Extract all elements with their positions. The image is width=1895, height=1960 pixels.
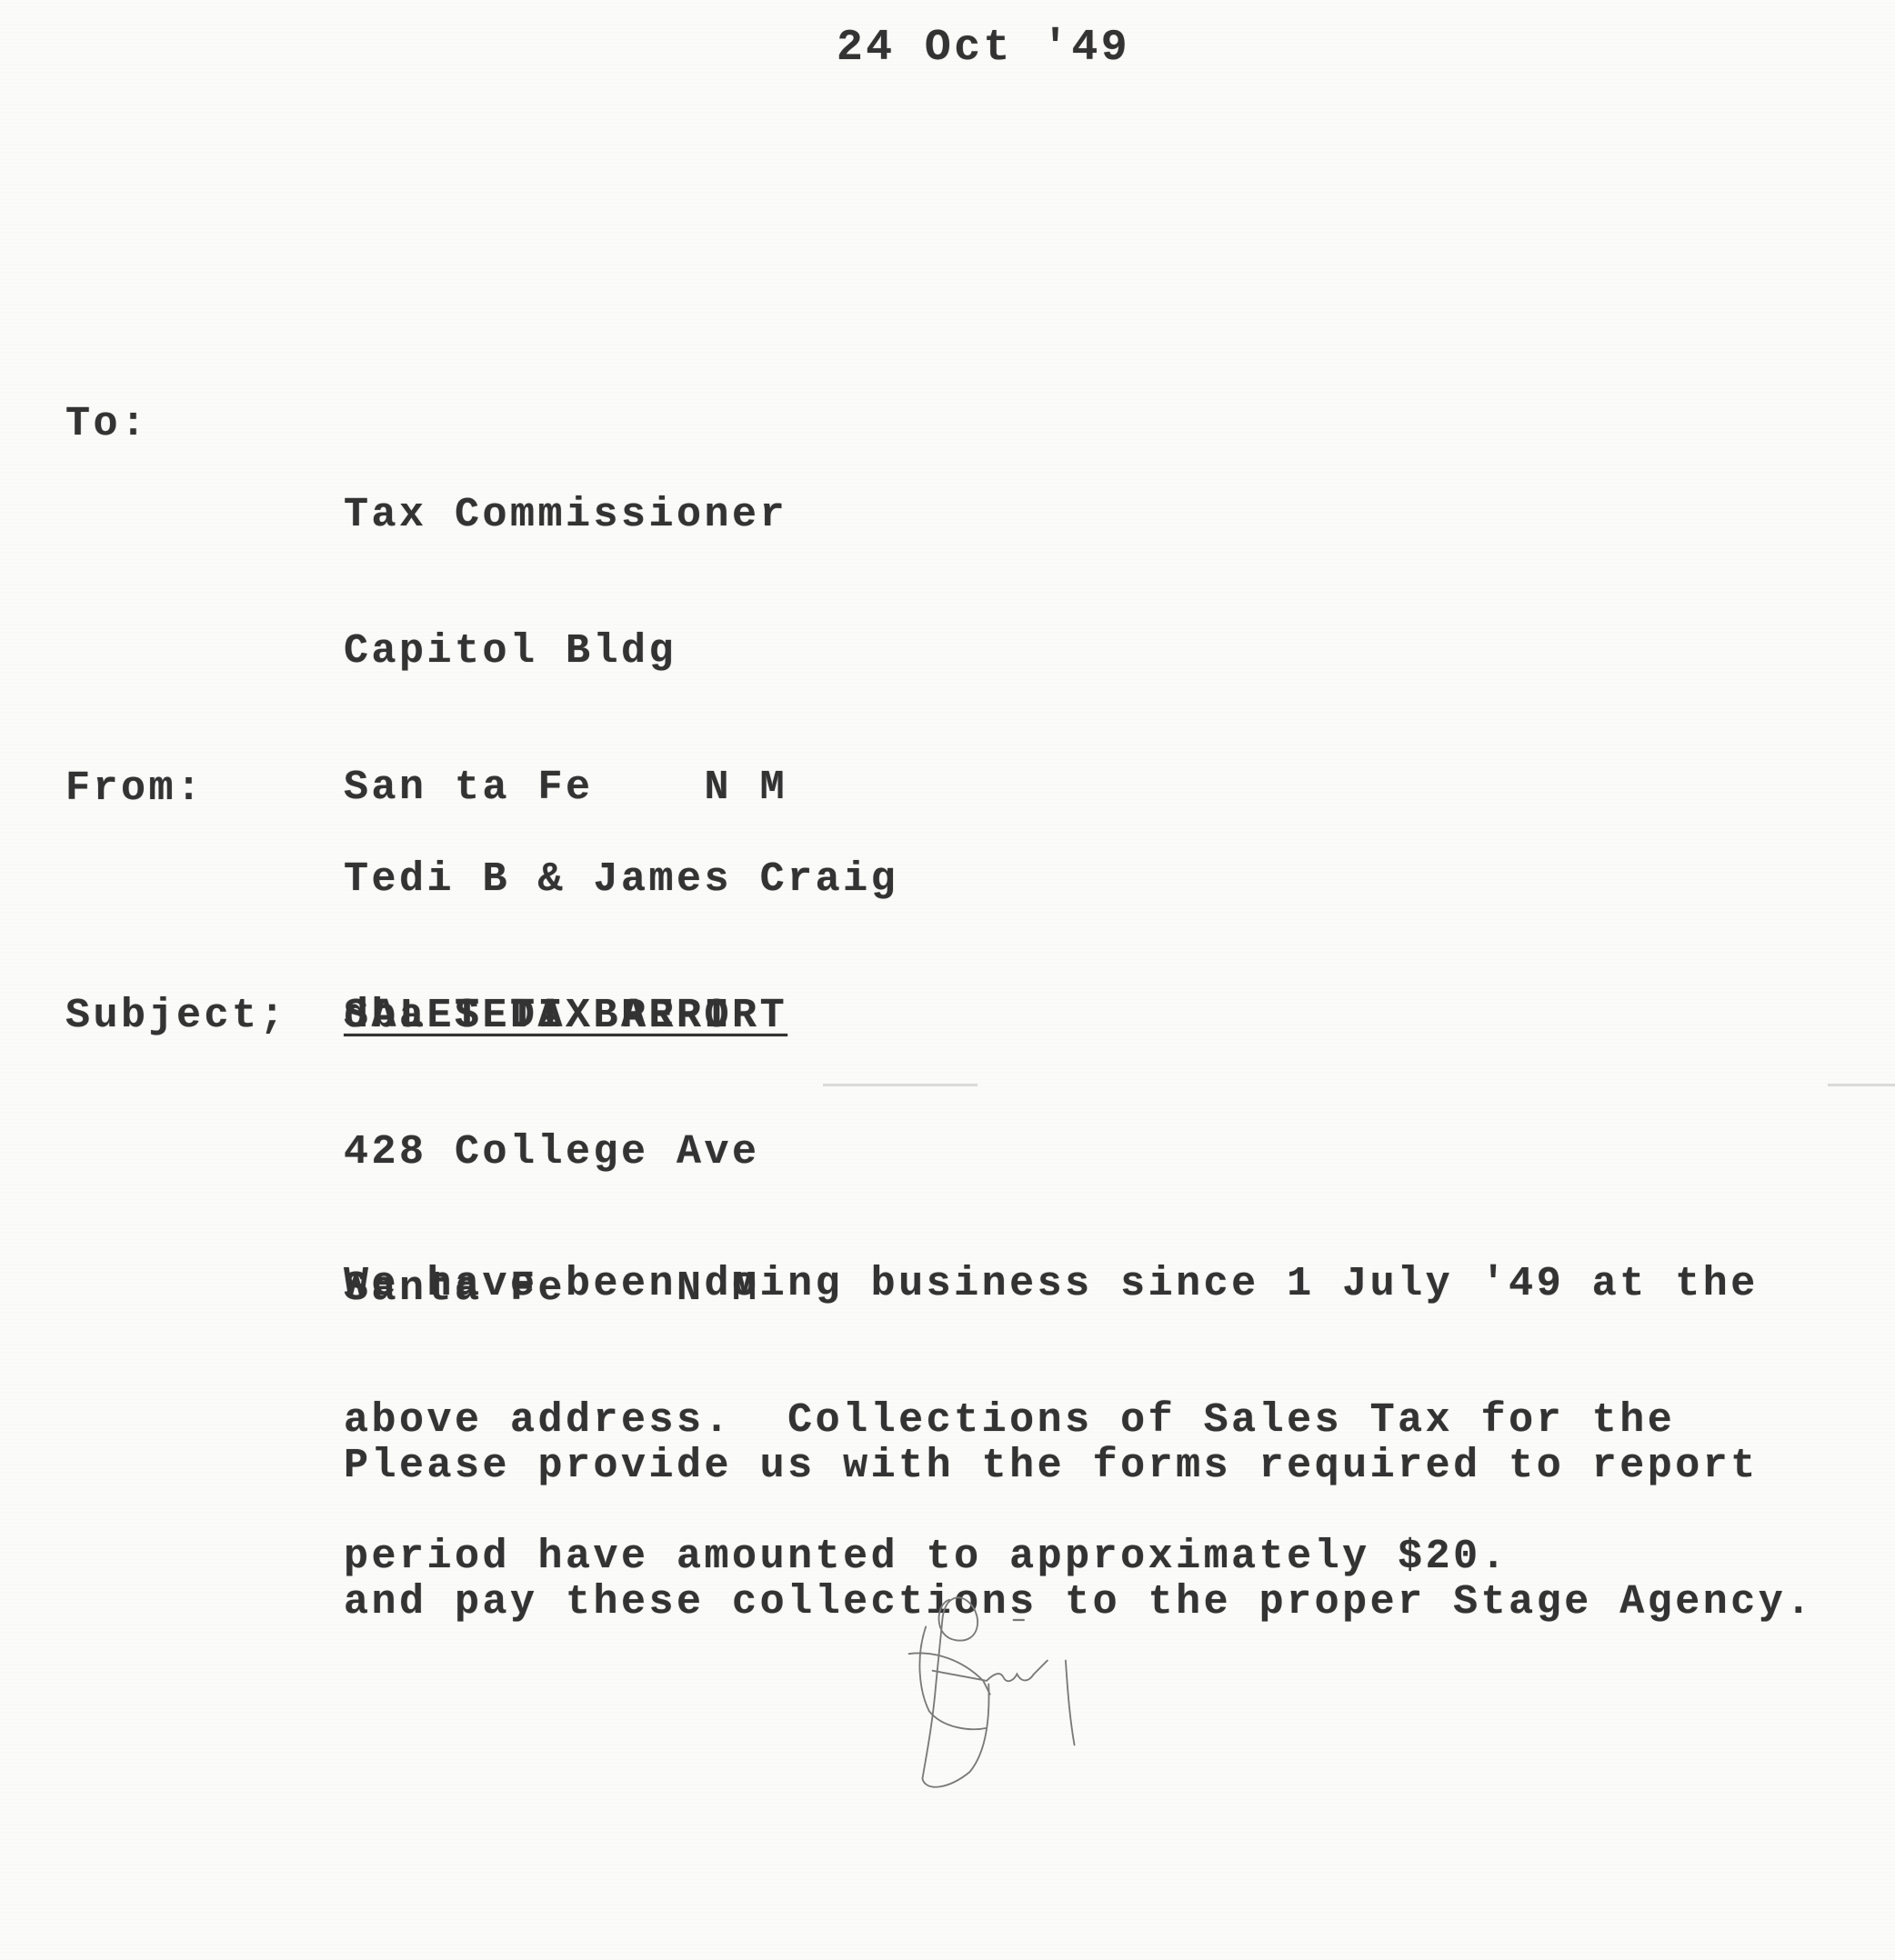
subject-value: SALES TAX REPORT [344, 994, 787, 1039]
to-label: To: [65, 402, 149, 447]
body-line: We have been doing business since 1 July… [344, 1262, 1759, 1307]
sender-line: Tedi B & James Craig [344, 857, 898, 903]
body-line: Please provide us with the forms require… [344, 1444, 1814, 1489]
recipient-line: Capitol Bldg [344, 629, 787, 675]
scan-artifact [1828, 1084, 1895, 1086]
letter-date: 24 Oct '49 [837, 25, 1130, 71]
signature-icon [868, 1545, 1105, 1836]
subject-label: Subject; [65, 994, 287, 1039]
from-label: From: [65, 766, 205, 812]
recipient-line: Tax Commissioner [344, 493, 787, 538]
sender-line: 428 College Ave [344, 1130, 898, 1175]
